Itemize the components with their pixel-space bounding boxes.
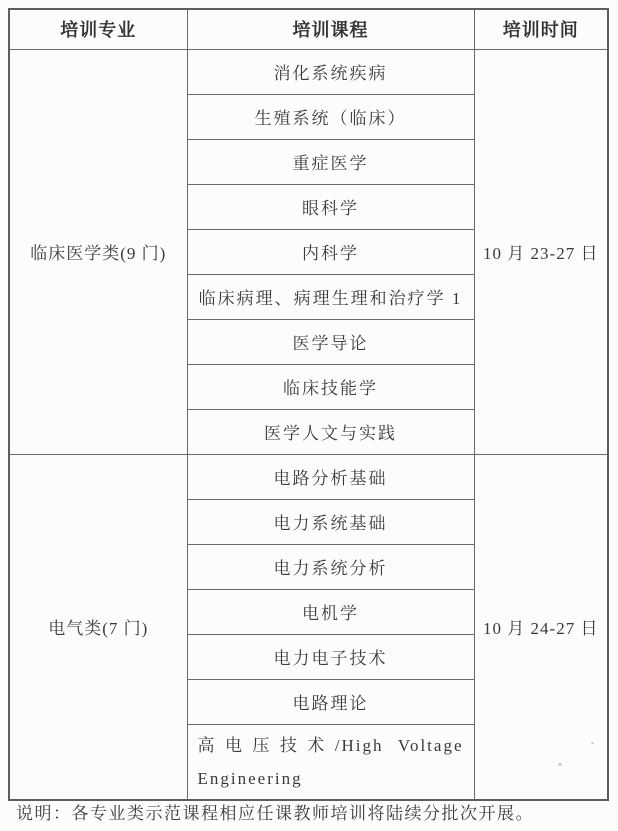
scan-speck — [591, 742, 594, 744]
major-cell-electrical: 电气类(7 门) — [9, 454, 187, 800]
course-cell: 内科学 — [187, 229, 474, 274]
course-cell: 电路分析基础 — [187, 454, 474, 499]
course-cell: 消化系统疾病 — [187, 49, 474, 94]
course-cell: 电力系统分析 — [187, 544, 474, 589]
course-cell: 临床病理、病理生理和治疗学 1 — [187, 274, 474, 319]
column-header-major: 培训专业 — [9, 9, 187, 49]
time-cell-clinical-medicine: 10 月 23-27 日 — [474, 49, 608, 454]
course-cell: 眼科学 — [187, 184, 474, 229]
course-cell: 电力系统基础 — [187, 499, 474, 544]
course-cell: 临床技能学 — [187, 364, 474, 409]
table-row: 电气类(7 门) 电路分析基础 10 月 24-27 日 — [9, 454, 608, 499]
course-cell: 电力电子技术 — [187, 634, 474, 679]
course-cell: 医学导论 — [187, 319, 474, 364]
time-cell-electrical: 10 月 24-27 日 — [474, 454, 608, 800]
table-row: 临床医学类(9 门) 消化系统疾病 10 月 23-27 日 — [9, 49, 608, 94]
course-cell: 重症医学 — [187, 139, 474, 184]
course-cell-high-voltage: 高电压技术/High Voltage Engineering — [187, 724, 474, 800]
scan-speck — [558, 763, 562, 766]
major-cell-clinical-medicine: 临床医学类(9 门) — [9, 49, 187, 454]
column-header-time: 培训时间 — [474, 9, 608, 49]
footnote: 说明：各专业类示范课程相应任课教师培训将陆续分批次开展。 — [16, 799, 612, 824]
course-cell: 生殖系统（临床） — [187, 94, 474, 139]
course-cell: 电机学 — [187, 589, 474, 634]
course-cell: 电路理论 — [187, 679, 474, 724]
scanned-document-page: 培训专业 培训课程 培训时间 临床医学类(9 门) 消化系统疾病 10 月 23… — [0, 0, 618, 831]
table-header-row: 培训专业 培训课程 培训时间 — [9, 9, 608, 49]
column-header-course: 培训课程 — [187, 9, 474, 49]
course-cell: 医学人文与实践 — [187, 409, 474, 454]
training-schedule-table: 培训专业 培训课程 培训时间 临床医学类(9 门) 消化系统疾病 10 月 23… — [8, 8, 609, 801]
